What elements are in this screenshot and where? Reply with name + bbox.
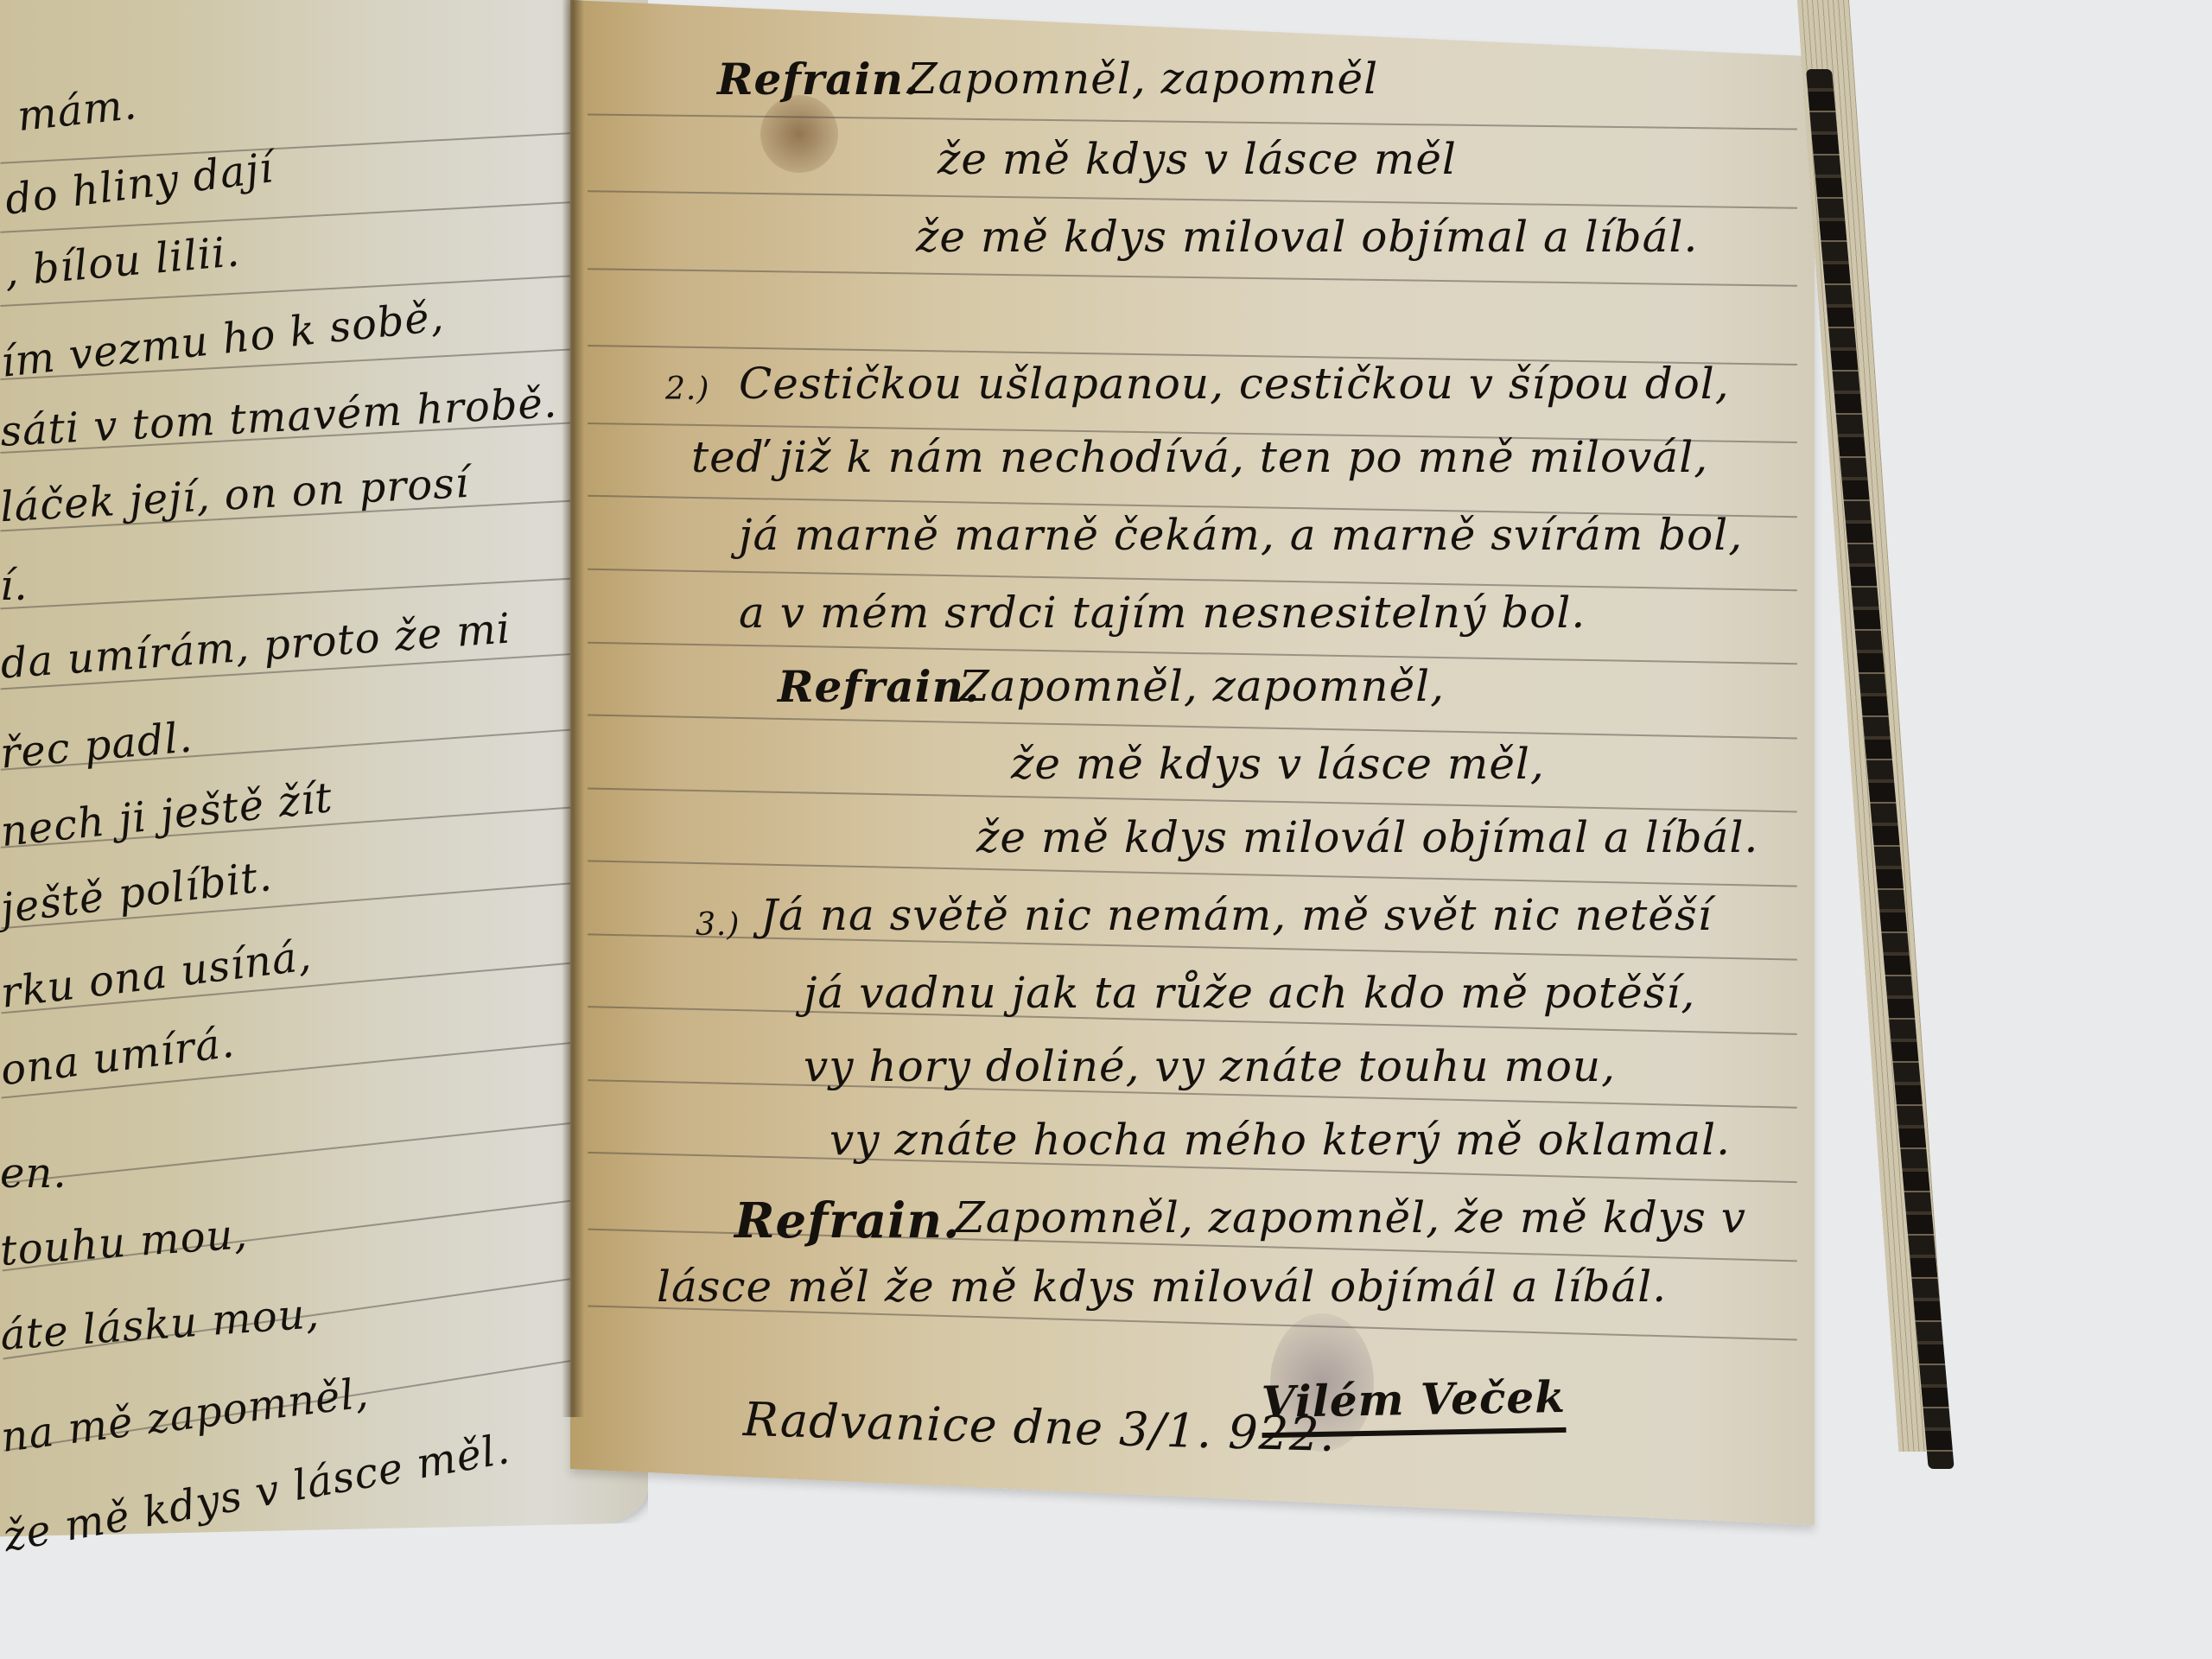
verse-line: já vadnu jak ta růže ach kdo mě potěší, bbox=[804, 968, 1695, 1018]
refrain-line: Zapomněl, zapomněl, bbox=[959, 661, 1445, 711]
refrain-label: Refrain. bbox=[717, 54, 919, 105]
verse-line: Já na světě nic nemám, mě svět nic netěš… bbox=[760, 890, 1713, 940]
refrain-line: že mě kdys miloval objímal a líbál. bbox=[916, 212, 1698, 262]
left-line: en. bbox=[0, 1149, 67, 1198]
left-line: í. bbox=[0, 562, 29, 610]
signature: Vilém Veček bbox=[1261, 1371, 1566, 1438]
verse-line: vy znáte hocha mého který mě oklamal. bbox=[829, 1115, 1731, 1165]
verse-number: 2.) bbox=[665, 372, 709, 407]
refrain-line: že mě kdys v lásce měl, bbox=[1011, 739, 1545, 789]
refrain-line: Zapomněl, zapomněl, že mě kdys v bbox=[955, 1192, 1746, 1243]
refrain-line: že mě kdys milovál objímal a líbál. bbox=[976, 812, 1758, 862]
refrain-line: že mě kdys v lásce měl bbox=[938, 134, 1457, 184]
book-gutter bbox=[562, 0, 584, 1417]
refrain-line: Zapomněl, zapomněl bbox=[907, 54, 1378, 104]
refrain-label: Refrain. bbox=[734, 1192, 961, 1249]
ink-stain bbox=[760, 95, 838, 173]
marbled-binding bbox=[1806, 69, 1955, 1469]
verse-line: já marně marně čekám, a marně svírám bol… bbox=[739, 510, 1743, 560]
refrain-line: lásce měl že mě kdys milovál objímál a l… bbox=[657, 1262, 1667, 1312]
refrain-label: Refrain. bbox=[778, 661, 980, 712]
verse-line: a v mém srdci tajím nesnesitelný bol. bbox=[739, 588, 1586, 638]
verse-line: teď již k nám nechodívá, ten po mně milo… bbox=[691, 432, 1708, 482]
verse-number: 3.) bbox=[696, 907, 740, 943]
verse-line: Cestičkou ušlapanou, cestičkou v šípou d… bbox=[739, 359, 1730, 409]
verse-line: vy hory doliné, vy znáte touhu mou, bbox=[804, 1041, 1616, 1091]
notebook-photo: mám. do hliny dají , bílou lilii. ím vez… bbox=[0, 0, 2212, 1659]
